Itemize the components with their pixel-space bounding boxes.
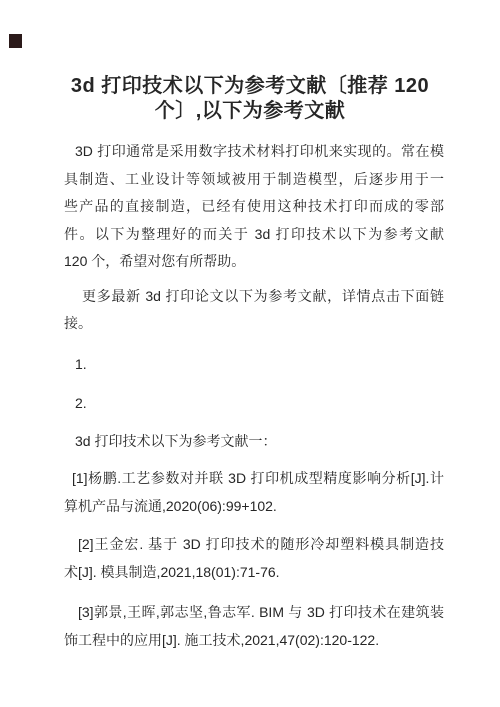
- document-title: 3d 打印技术以下为参考文献〔推荐 120 个〕,以下为参考文献: [40, 74, 460, 124]
- text-line: 接。: [64, 310, 444, 338]
- more-links-paragraph: 更多最新 3d 打印论文以下为参考文献，详情点击下面链接。: [64, 283, 444, 338]
- text-line: 2.: [64, 390, 444, 418]
- text-line: 120 个，希望对您有所帮助。: [64, 248, 444, 276]
- reference-1: [1]杨鹏.工艺参数对并联 3D 打印机成型精度影响分析[J].计算机产品与流通…: [64, 465, 444, 520]
- text-line: 术[J]. 模具制造,2021,18(01):71-76.: [64, 559, 444, 587]
- title-line-2: 个〕,以下为参考文献: [40, 99, 460, 124]
- text-line: 算机产品与流通,2020(06):99+102.: [64, 493, 444, 521]
- reference-3: [3]郭景,王晖,郭志坚,鲁志军. BIM 与 3D 打印技术在建筑装饰工程中的…: [64, 599, 444, 654]
- list-item-1: 1.: [64, 351, 444, 379]
- list-item-2: 2.: [64, 390, 444, 418]
- intro-paragraph: 3D 打印通常是采用数字技术材料打印机来实现的。常在模具制造、工业设计等领域被用…: [64, 138, 444, 276]
- title-line-1: 3d 打印技术以下为参考文献〔推荐 120: [40, 74, 460, 99]
- text-line: 3d 打印技术以下为参考文献一：: [64, 428, 444, 456]
- text-line: 饰工程中的应用[J]. 施工技术,2021,47(02):120-122.: [64, 627, 444, 655]
- section-heading: 3d 打印技术以下为参考文献一：: [64, 428, 444, 456]
- text-line: [1]杨鹏.工艺参数对并联 3D 打印机成型精度影响分析[J].计: [64, 465, 444, 493]
- text-line: 些产品的直接制造，已经有使用这种技术打印而成的零部: [64, 193, 444, 221]
- text-line: 3D 打印通常是采用数字技术材料打印机来实现的。常在模: [64, 138, 444, 166]
- text-line: [2]王金宏. 基于 3D 打印技术的随形冷却塑料模具制造技: [64, 531, 444, 559]
- text-line: 具制造、工业设计等领域被用于制造模型，后逐步用于一: [64, 166, 444, 194]
- text-line: 件。以下为整理好的而关于 3d 打印技术以下为参考文献: [64, 221, 444, 249]
- text-line: [3]郭景,王晖,郭志坚,鲁志军. BIM 与 3D 打印技术在建筑装: [64, 599, 444, 627]
- reference-2: [2]王金宏. 基于 3D 打印技术的随形冷却塑料模具制造技术[J]. 模具制造…: [64, 531, 444, 586]
- text-line: 1.: [64, 351, 444, 379]
- document-page: 3d 打印技术以下为参考文献〔推荐 120 个〕,以下为参考文献 3D 打印通常…: [0, 0, 500, 707]
- corner-mark: [9, 34, 22, 48]
- text-line: 更多最新 3d 打印论文以下为参考文献，详情点击下面链: [64, 283, 444, 311]
- document-body: 3D 打印通常是采用数字技术材料打印机来实现的。常在模具制造、工业设计等领域被用…: [0, 138, 500, 654]
